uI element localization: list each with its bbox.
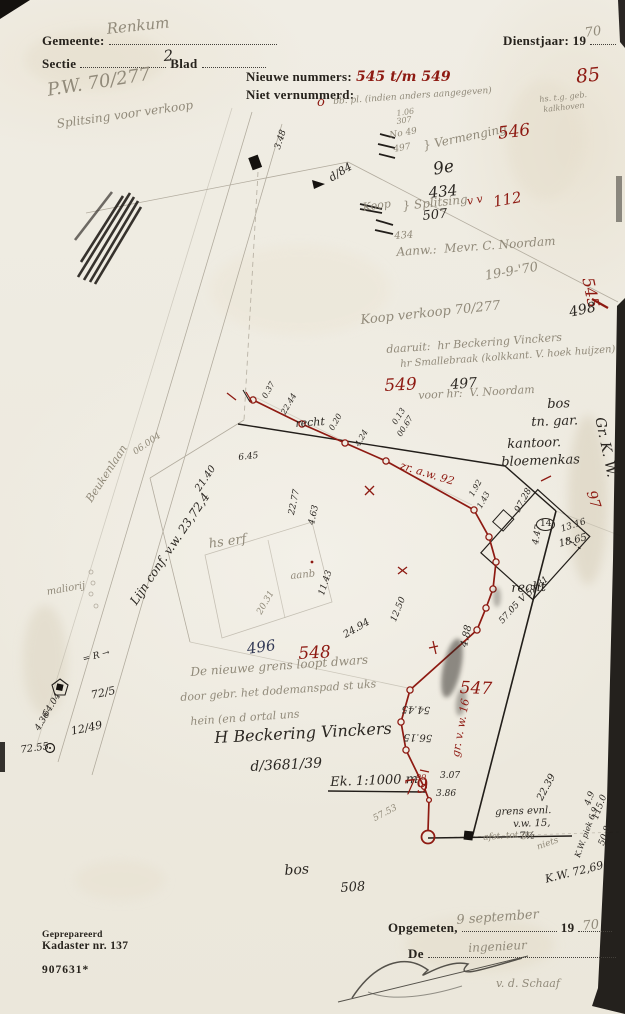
de-label: De xyxy=(408,946,424,962)
blad-field[interactable] xyxy=(202,56,266,68)
cadastral-sketch-page: Gemeente: Sectie Blad Dienstjaar: 19 Nie… xyxy=(0,0,625,1014)
form-layer: Gemeente: Sectie Blad Dienstjaar: 19 Nie… xyxy=(0,0,625,1014)
opgemeten-year-field[interactable] xyxy=(578,920,612,932)
blad-label: Blad xyxy=(170,56,197,72)
de-field[interactable] xyxy=(428,946,616,958)
gemeente-label: Gemeente: xyxy=(42,33,105,49)
geprepareerd-line2: Kadaster nr. 137 xyxy=(42,940,128,952)
sectie-label: Sectie xyxy=(42,56,76,72)
opgemeten-label: Opgemeten, xyxy=(388,920,458,936)
geprepareerd-line1: Geprepareerd xyxy=(42,930,128,940)
niet-vernummerd-label: Niet vernummerd: xyxy=(246,87,354,103)
nieuwe-nummers-value: 545 t/m 549 xyxy=(356,69,451,85)
opgemeten-year-prefix: 19 xyxy=(561,920,575,936)
opgemeten-date-field[interactable] xyxy=(462,920,557,932)
gemeente-field[interactable] xyxy=(109,33,277,45)
dienstjaar-field[interactable] xyxy=(590,33,616,45)
sectie-field[interactable] xyxy=(80,56,166,68)
dienstjaar-label: Dienstjaar: 19 xyxy=(503,33,586,49)
nieuwe-nummers-label: Nieuwe nummers: xyxy=(246,69,352,85)
print-number: 907631* xyxy=(42,964,128,976)
